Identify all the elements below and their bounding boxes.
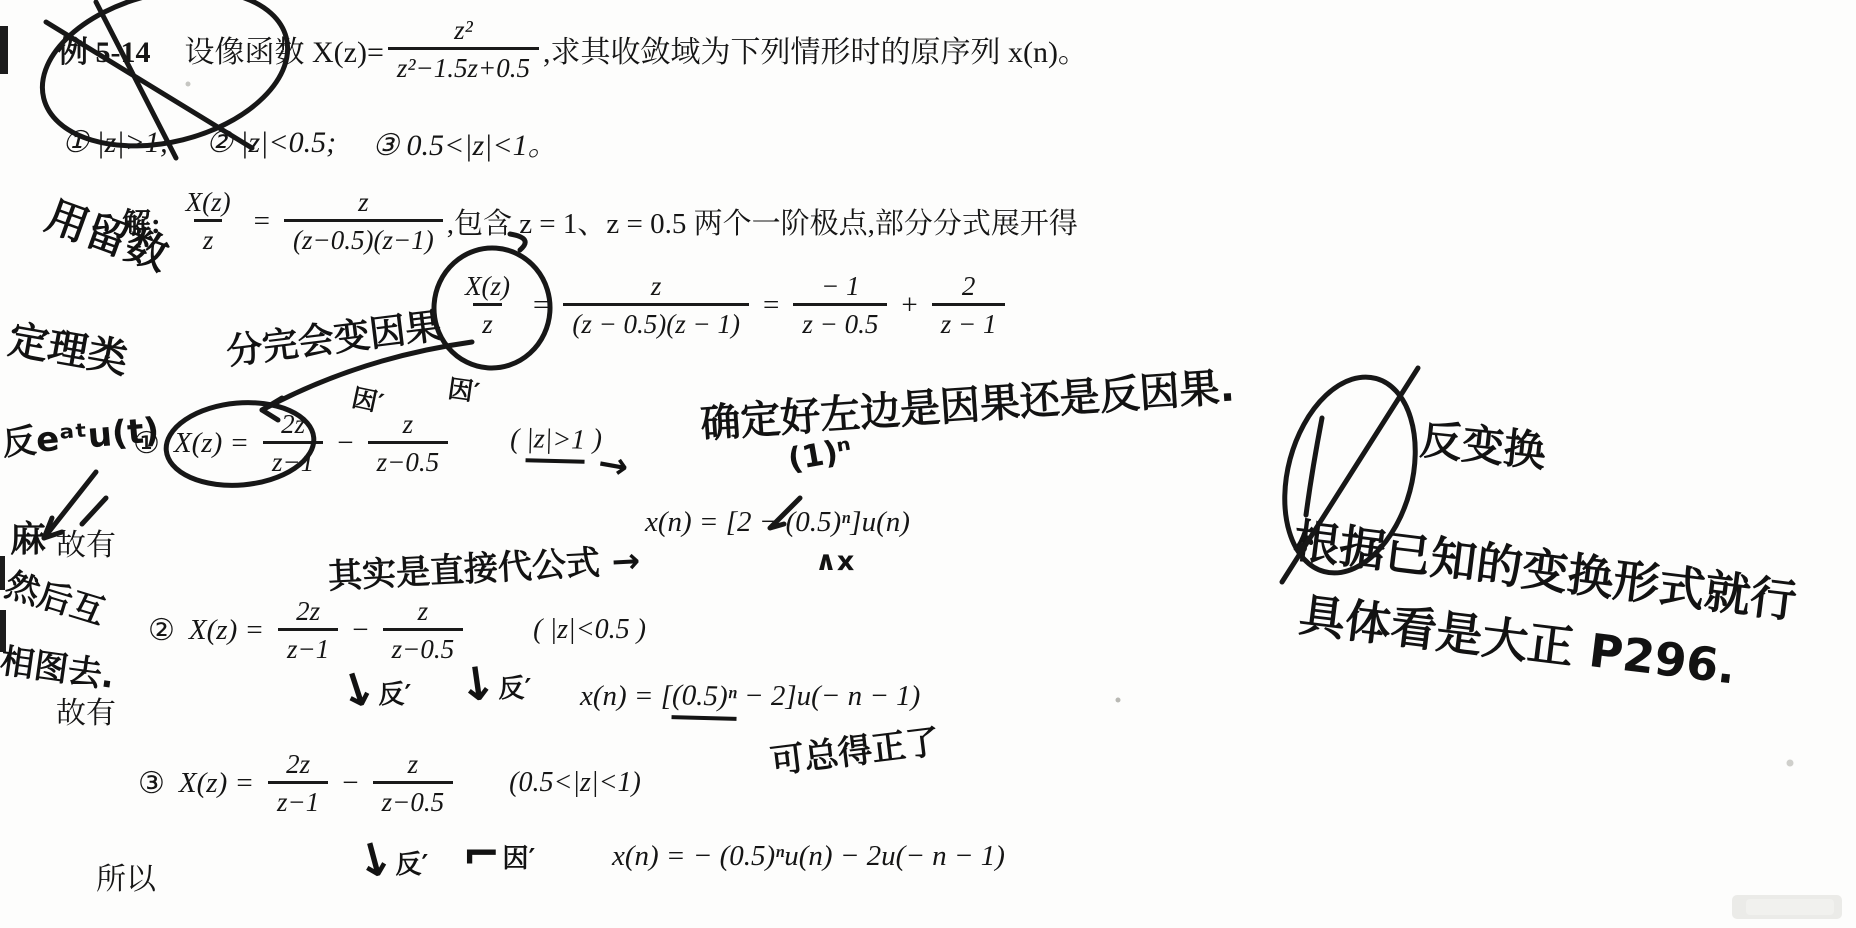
equals-sign: = (533, 289, 549, 322)
note-inverse-transform: 反变换 (1418, 419, 1548, 474)
case2-ans-post: − 2]u(− n − 1) (737, 680, 921, 712)
condition-3: ③ 0.5<|z|<1。 (372, 120, 558, 164)
case1-answer: x(n) = [2 − (0.5)ⁿ]u(n) (645, 506, 910, 539)
case3-fraction-a: 2z z−1 (268, 750, 328, 817)
title-fraction: z² z²−1.5z+0.5 (388, 16, 539, 83)
case3-roc-condition: (0.5<|z|<1) (509, 767, 641, 799)
case1-fb-den: z−0.5 (368, 441, 448, 476)
case3-number: ③ (138, 766, 165, 801)
smudge-bottom-right (1732, 895, 1842, 919)
down-stroke: ↓ (351, 838, 398, 884)
pf-fraction-xz-over-z: X(z) z (456, 272, 519, 339)
poles-note: ,包含 z = 1、z = 0.5 两个一阶极点,部分分式展开得 (447, 201, 1078, 242)
note-determine-causal: 确定好左边是因果还是反因果. (699, 367, 1236, 444)
case2-fb-num: z (409, 597, 438, 628)
pf-fraction-factored: z (z − 0.5)(z − 1) (563, 272, 749, 339)
scan-edge-mark-2 (0, 556, 5, 590)
pf-f4-den: z − 1 (932, 303, 1006, 338)
case2-fa-den: z−1 (278, 628, 338, 663)
smudge-dot-mid (1116, 698, 1121, 703)
case2-fa-num: 2z (287, 597, 329, 628)
case1-fraction-b: z z−0.5 (368, 410, 448, 477)
solve-f1-den: z (194, 219, 223, 254)
solve-fraction-xz-over-z: X(z) z (177, 188, 240, 255)
pf-f1-den: z (473, 303, 502, 338)
case2-answer: x(n) = [(0.5)ⁿ − 2]u(− n − 1) (580, 680, 920, 720)
case1-fa-den: z−1 (263, 441, 323, 476)
pf-f4-num: 2 (953, 272, 985, 303)
case1-fa-num: 2z (272, 410, 314, 441)
case3-equation-line: ③ X(z) = 2z z−1 − z z−0.5 (0.5<|z|<1) (138, 750, 641, 817)
solve-f2-num: z (349, 188, 378, 219)
margin-note-5: 然后互 (1, 568, 108, 630)
anti-causal-mark: 反′ (499, 666, 532, 702)
note-caret-mark: ∧x (815, 548, 854, 575)
case1-roc-condition: ( |z|>1 ) (510, 424, 602, 463)
minus-sign: − (342, 767, 358, 800)
case1-cond-pre: ( (510, 424, 526, 455)
exclamation-bar (1306, 418, 1322, 515)
equals-sign: = (254, 205, 270, 238)
case1-fb-num: z (394, 410, 423, 441)
conditions-line: ① |z|>1; ② |z|<0.5; ③ 0.5<|z|<1。 (62, 120, 558, 164)
problem-outro: ,求其收敛域为下列情形时的原序列 x(n)。 (543, 27, 1088, 71)
case2-mark-a: ↓ 反′ (338, 672, 411, 709)
condition-2: ② |z|<0.5; (206, 125, 336, 160)
down-stroke: ↓ (456, 663, 499, 705)
down-stroke: ↓ (333, 667, 381, 714)
case2-lhs: X(z) = (189, 614, 264, 647)
note-one-power-n: (1)ⁿ (786, 435, 854, 477)
anti-causal-mark: 反′ (396, 842, 429, 878)
case2-number: ② (148, 613, 175, 648)
pf-f3-num: − 1 (812, 272, 868, 303)
case3-answer: x(n) = − (0.5)ⁿu(n) − 2u(− n − 1) (612, 840, 1005, 873)
case1-connective: 故有 (56, 520, 116, 564)
partial-fraction-line: X(z) z = z (z − 0.5)(z − 1) = − 1 z − 0.… (452, 272, 1009, 339)
margin-note-theorem: 定理类 (5, 320, 130, 380)
smudge-bottom-right-inner (1746, 899, 1834, 915)
equals-sign: = (763, 289, 779, 322)
condition-1: ① |z|>1; (62, 125, 170, 160)
case1-equation-line: ① X(z) = 2z z−1 − z z−0.5 ( |z|>1 ) (133, 410, 602, 477)
scanned-textbook-page: 例 5-14 设像函数 X(z)= z² z²−1.5z+0.5 ,求其收敛域为… (0, 0, 1856, 928)
case1-cond-underlined: |z|>1 (526, 423, 586, 464)
solve-f2-den: (z−0.5)(z−1) (284, 219, 443, 254)
anti-causal-mark: 反′ (379, 672, 412, 708)
causal-mark: 因′ (503, 836, 536, 872)
solve-f1-num: X(z) (177, 188, 240, 219)
case3-fa-num: 2z (277, 750, 319, 781)
plus-sign: + (901, 289, 917, 322)
pf-fraction-pole-05: − 1 z − 0.5 (793, 272, 887, 339)
case1-mark-a: 因′ (350, 385, 386, 416)
case2-ans-pre: x(n) = [ (580, 680, 672, 712)
margin-note-6: 相图去. (0, 644, 117, 694)
case3-fa-den: z−1 (268, 781, 328, 816)
smudge-dot-right (1787, 760, 1794, 767)
case3-lhs: X(z) = (179, 767, 254, 800)
case2-fraction-a: 2z z−1 (278, 597, 338, 664)
pf-f3-den: z − 0.5 (793, 303, 887, 338)
note-arrow-right: → (595, 446, 631, 487)
problem-intro: 设像函数 X(z)= (185, 27, 384, 71)
case1-lhs: X(z) = (174, 427, 249, 460)
note-now-positive: 可总得正了 (769, 725, 942, 779)
title-fraction-denominator: z²−1.5z+0.5 (388, 47, 539, 82)
case2-fraction-b: z z−0.5 (383, 597, 463, 664)
case1-fraction-a: 2z z−1 (263, 410, 323, 477)
case3-mark-a: ↓ 反′ (355, 842, 428, 879)
case2-ans-underlined: (0.5)ⁿ (672, 679, 738, 721)
case3-fraction-b: z z−0.5 (373, 750, 453, 817)
scan-edge-mark-1 (0, 26, 8, 74)
example-label: 例 5-14 (58, 27, 151, 71)
problem-title-line: 例 5-14 设像函数 X(z)= z² z²−1.5z+0.5 ,求其收敛域为… (58, 16, 1088, 83)
pf-fraction-pole-1: 2 z − 1 (932, 272, 1006, 339)
case1-mark-b: 因′ (446, 376, 481, 405)
pf-f2-den: (z − 0.5)(z − 1) (563, 303, 749, 338)
hook-stroke: ⌐ (462, 836, 501, 873)
case3-fb-den: z−0.5 (373, 781, 453, 816)
solve-fraction-factored: z (z−0.5)(z−1) (284, 188, 443, 255)
note-substitute-formula: 其实是直接代公式 → (327, 544, 641, 594)
title-fraction-numerator: z² (445, 16, 482, 47)
case2-equation-line: ② X(z) = 2z z−1 − z z−0.5 ( |z|<0.5 ) (148, 597, 646, 664)
case3-fb-num: z (399, 750, 428, 781)
case3-mark-b: ⌐ 因′ (462, 836, 535, 873)
case2-fb-den: z−0.5 (383, 628, 463, 663)
note-split-causal: 分完会变因果 (225, 309, 444, 371)
case3-connective: 所以 (96, 854, 156, 898)
pf-f2-num: z (642, 272, 671, 303)
case2-roc-condition: ( |z|<0.5 ) (533, 614, 646, 646)
pf-f1-num: X(z) (456, 272, 519, 303)
minus-sign: − (352, 614, 368, 647)
case2-mark-b: ↓ 反′ (458, 666, 531, 703)
solution-intro-line: 解: X(z) z = z (z−0.5)(z−1) ,包含 z = 1、z =… (122, 188, 1078, 255)
margin-note-4: 麻 (10, 522, 46, 558)
minus-sign: − (337, 427, 353, 460)
